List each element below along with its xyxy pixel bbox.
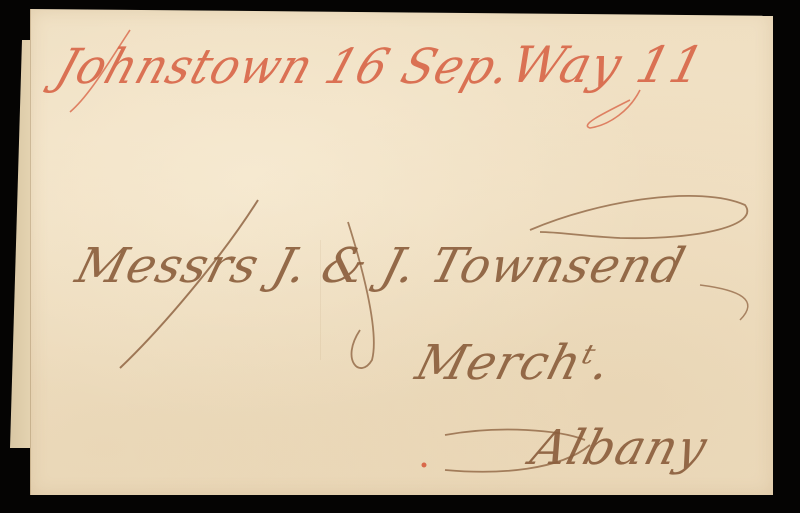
fold-line [30, 9, 31, 495]
manuscript-rate-marking: Way 11 [506, 36, 711, 94]
document-scan: Johnstown 16 Sep. Way 11 Messrs J. & J. … [0, 0, 800, 513]
addressee-name: Messrs J. & J. Townsend [70, 238, 692, 294]
destination-city: Albany [525, 420, 713, 476]
manuscript-postmark-town-date: Johnstown 16 Sep. [50, 38, 520, 95]
addressee-occupation: Merchᵗ. [410, 335, 617, 391]
